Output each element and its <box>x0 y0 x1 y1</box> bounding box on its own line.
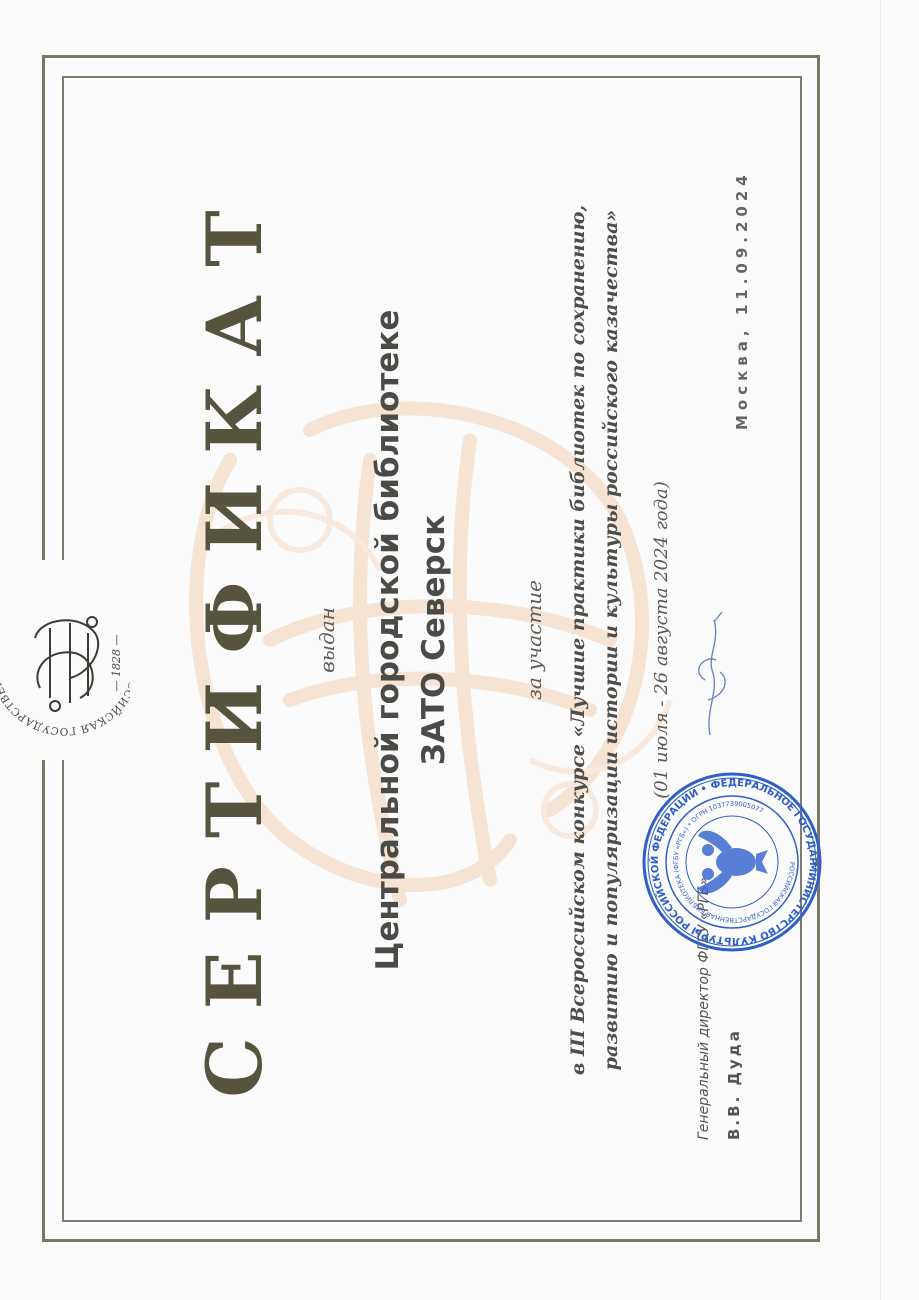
participation-label: за участие <box>517 180 551 1100</box>
contest-name: в III Всероссийском конкурсе «Лучшие пра… <box>562 180 628 1100</box>
recipient-line-2: ЗАТО Северск <box>411 180 457 1100</box>
place-and-date: Москва, 11.09.2024 <box>730 130 754 430</box>
issued-label: выдан <box>312 180 342 1100</box>
recipient-line-1: Центральной городской библиотеке <box>365 180 411 1100</box>
certificate-title: СЕРТИФИКАТ <box>185 180 285 1100</box>
page-edge <box>880 0 881 1300</box>
rgb-monogram-icon <box>35 617 98 711</box>
contest-line-2: развитию и популяризации истории и культ… <box>595 180 628 1100</box>
official-seal-icon: МИНИСТЕРСТВО КУЛЬТУРЫ РОССИЙСКОЙ ФЕДЕРАЦ… <box>640 770 825 955</box>
rsl-logo: РОССИЙСКАЯ ГОСУДАРСТВЕННАЯ БИБЛИОТЕКА — … <box>0 578 130 748</box>
recipient-name: Центральной городской библиотеке ЗАТО Се… <box>365 180 457 1100</box>
signature-icon <box>650 610 760 740</box>
contest-line-1: в III Всероссийском конкурсе «Лучшие пра… <box>562 180 595 1100</box>
logo-year: — 1828 — <box>110 635 123 692</box>
eagle-emblem-icon <box>698 831 768 894</box>
